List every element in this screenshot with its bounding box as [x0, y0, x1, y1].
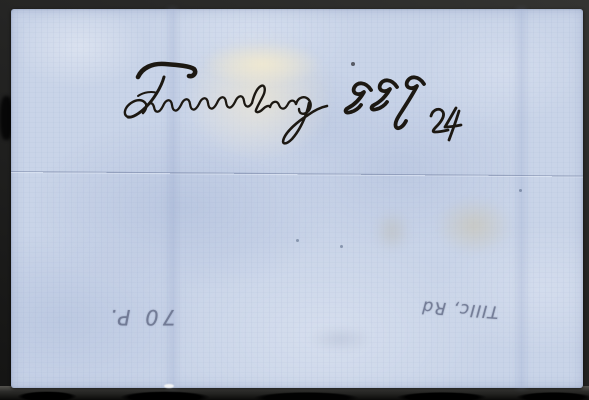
word-frauenberg — [125, 64, 327, 144]
photo-frame: 70 P. TIIIc, Rd — [0, 0, 589, 400]
edge-highlight-speck — [164, 384, 174, 388]
pencil-note-left: 70 P. — [96, 296, 186, 338]
pencil-note-right: TIIIc, Rd — [399, 282, 522, 336]
numeral-24 — [431, 108, 461, 140]
ink-inscription — [0, 0, 589, 400]
handwriting-svg — [0, 0, 589, 400]
numeral-557 — [346, 77, 424, 128]
